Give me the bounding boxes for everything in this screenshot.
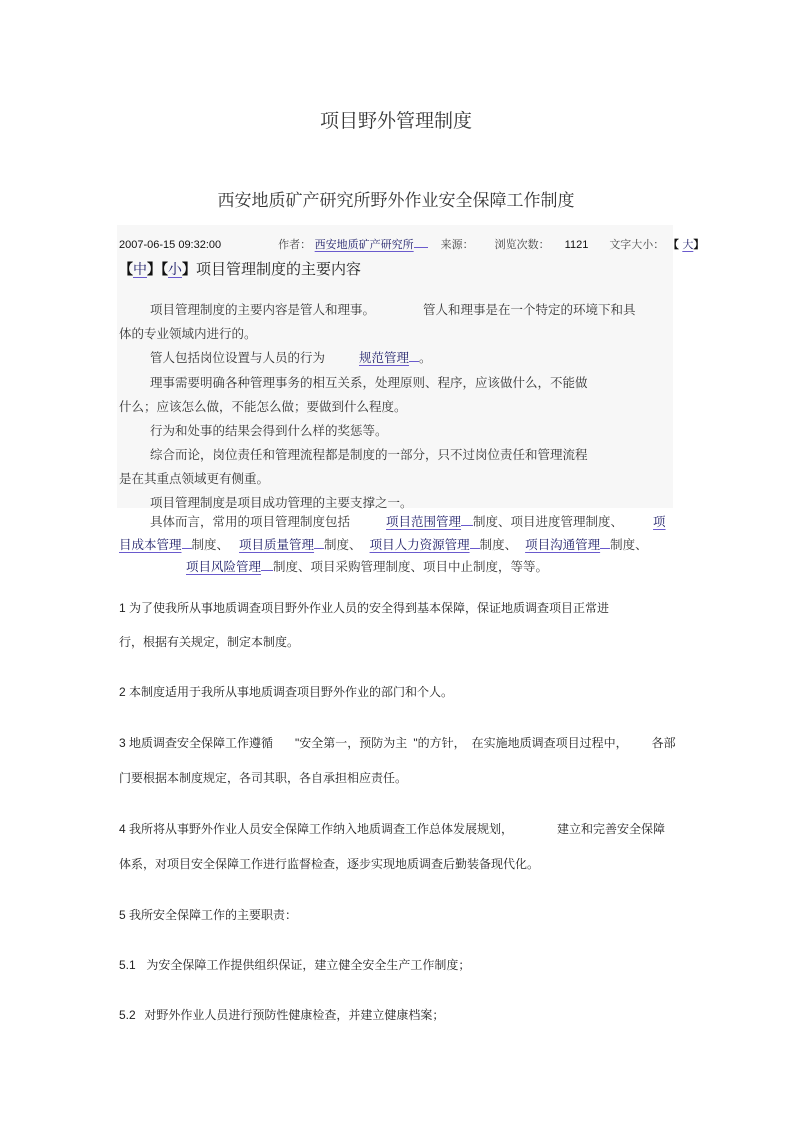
text: 地质调查安全保障工作遵循 — [129, 736, 273, 750]
link-standard-management[interactable]: 规范管理 — [359, 350, 409, 365]
intro-para-7a: 具体而言，常用的项目管理制度包括项目范围管理制度、项目进度管理制度、项 — [150, 512, 666, 530]
link-communication-management[interactable]: 项目沟通管理 — [525, 537, 600, 552]
intro-para-3b: 什么；应该怎么做，不能怎么做；要做到什么程度。 — [119, 397, 407, 415]
font-size-medium-button[interactable]: 中 — [133, 262, 147, 278]
text: 管人和理事是在一个特定的环境下和具 — [423, 302, 636, 317]
link-risk-management[interactable]: 项目风险管理 — [186, 559, 261, 574]
text: 对野外作业人员进行预防性健康检查，并建立健康档案； — [144, 1008, 444, 1022]
link-hr-management[interactable]: 项目人力资源管理 — [370, 537, 470, 552]
author-link[interactable]: 西安地质矿产研究所 — [315, 238, 414, 251]
text: 我所将从事野外作业人员安全保障工作纳入地质调查工作总体发展规划， — [129, 822, 513, 836]
intro-para-7b: 目成本管理制度、项目质量管理制度、项目人力资源管理制度、项目沟通管理制度、 — [119, 535, 648, 553]
publish-datetime: 2007-06-15 09:32:00 — [119, 239, 221, 251]
intro-para-5a: 综合而论，岗位责任和管理流程都是制度的一部分，只不过岗位责任和管理流程 — [150, 445, 588, 463]
text: 项目管理制度的主要内容是管人和理事。 — [150, 302, 375, 317]
source-label: 来源： — [441, 238, 474, 251]
text: 建立和完善安全保障 — [557, 822, 665, 836]
bracket-close: 】 — [693, 238, 704, 251]
bracket-open: 【 — [668, 238, 679, 251]
text: 管人包括岗位设置与人员的行为 — [150, 350, 325, 365]
document-subtitle: 西安地质矿产研究所野外作业安全保障工作制度 — [0, 186, 792, 211]
link-cost-management[interactable]: 目成本管理 — [119, 537, 182, 552]
clause-5: 5 我所安全保障工作的主要职责： — [119, 906, 297, 923]
clause-1a: 1 为了使我所从事地质调查项目野外作业人员的安全得到基本保障，保证地质调查项目正… — [119, 599, 609, 616]
text: 在实施地质调查项目过程中， — [472, 736, 628, 750]
intro-para-3a: 理事需要明确各种管理事务的相互关系，处理原则、程序，应该做什么，不能做 — [150, 373, 588, 391]
intro-para-1a: 项目管理制度的主要内容是管人和理事。管人和理事是在一个特定的环境下和具 — [150, 300, 636, 318]
font-size-large-button[interactable]: 大 — [682, 238, 693, 251]
bracket-open: 【 — [119, 262, 133, 278]
link-scope-management[interactable]: 项目范围管理 — [386, 514, 461, 529]
font-size-row: 【中】【小】项目管理制度的主要内容 — [119, 258, 361, 279]
font-size-label: 文字大小： — [609, 238, 664, 251]
intro-para-1b: 体的专业领域内进行的。 — [119, 324, 257, 342]
clause-number: 3 — [119, 736, 126, 750]
views-count: 1121 — [565, 239, 589, 251]
text: 制度、 — [192, 537, 230, 552]
clause-number: 4 — [119, 822, 126, 836]
intro-para-4: 行为和处事的结果会得到什么样的奖惩等。 — [150, 421, 388, 439]
text: 制度、项目采购管理制度、项目中止制度，等等。 — [273, 559, 548, 574]
clause-3b: 门要根据本制度规定，各司其职，各自承担相应责任。 — [119, 769, 407, 786]
clause-4b: 体系，对项目安全保障工作进行监督检查，逐步实现地质调查后勤装备现代化。 — [119, 855, 539, 872]
clause-number: 5.2 — [119, 1008, 136, 1022]
text: 我所安全保障工作的主要职责： — [129, 908, 297, 922]
bracket-close: 】 — [147, 262, 161, 278]
clause-4a: 4 我所将从事野外作业人员安全保障工作纳入地质调查工作总体发展规划，建立和完善安… — [119, 820, 665, 837]
clause-1b: 行，根据有关规定，制定本制度。 — [119, 633, 299, 650]
clause-number: 1 — [119, 601, 126, 615]
intro-para-7c: 项目风险管理制度、项目采购管理制度、项目中止制度，等等。 — [186, 557, 548, 575]
text: 制度、项目进度管理制度、 — [473, 514, 623, 529]
text: "的方针， — [413, 736, 465, 750]
article-meta: 2007-06-15 09:32:00 作者： 西安地质矿产研究所 来源： 浏览… — [119, 236, 704, 252]
text: 制度、 — [610, 537, 648, 552]
views-label: 浏览次数： — [495, 238, 550, 251]
clause-number: 2 — [119, 685, 126, 699]
clause-number: 5 — [119, 908, 126, 922]
font-size-small-button[interactable]: 小 — [168, 262, 182, 278]
text: 为了使我所从事地质调查项目野外作业人员的安全得到基本保障，保证地质调查项目正常进 — [129, 601, 609, 615]
text: 制度、 — [480, 537, 518, 552]
clause-5-1: 5.1 为安全保障工作提供组织保证，建立健全安全生产工作制度； — [119, 956, 470, 973]
author-label: 作者： — [278, 238, 311, 251]
bracket-close: 】 — [182, 262, 196, 278]
link-cost-management-start[interactable]: 项 — [653, 514, 666, 529]
text: 本制度适用于我所从事地质调查项目野外作业的部门和个人。 — [129, 685, 453, 699]
text: 各部 — [652, 736, 676, 750]
clause-3a: 3 地质调查安全保障工作遵循"安全第一，预防为主"的方针，在实施地质调查项目过程… — [119, 734, 676, 751]
document-title: 项目野外管理制度 — [0, 106, 792, 133]
text: 为安全保障工作提供组织保证，建立健全安全生产工作制度； — [146, 958, 470, 972]
clause-number: 5.1 — [119, 958, 136, 972]
intro-para-6: 项目管理制度是项目成功管理的主要支撑之一。 — [150, 493, 413, 511]
text: 。 — [419, 350, 432, 365]
text: "安全第一，预防为主 — [295, 736, 407, 750]
clause-2: 2 本制度适用于我所从事地质调查项目野外作业的部门和个人。 — [119, 683, 453, 700]
text: 制度、 — [324, 537, 362, 552]
text: 具体而言，常用的项目管理制度包括 — [150, 514, 350, 529]
section-heading: 项目管理制度的主要内容 — [196, 260, 361, 278]
bracket-open: 【 — [161, 262, 168, 278]
link-quality-management[interactable]: 项目质量管理 — [239, 537, 314, 552]
intro-para-2: 管人包括岗位设置与人员的行为规范管理。 — [150, 348, 432, 366]
clause-5-2: 5.2 对野外作业人员进行预防性健康检查，并建立健康档案； — [119, 1006, 444, 1023]
intro-para-5b: 是在其重点领域更有侧重。 — [119, 469, 269, 487]
